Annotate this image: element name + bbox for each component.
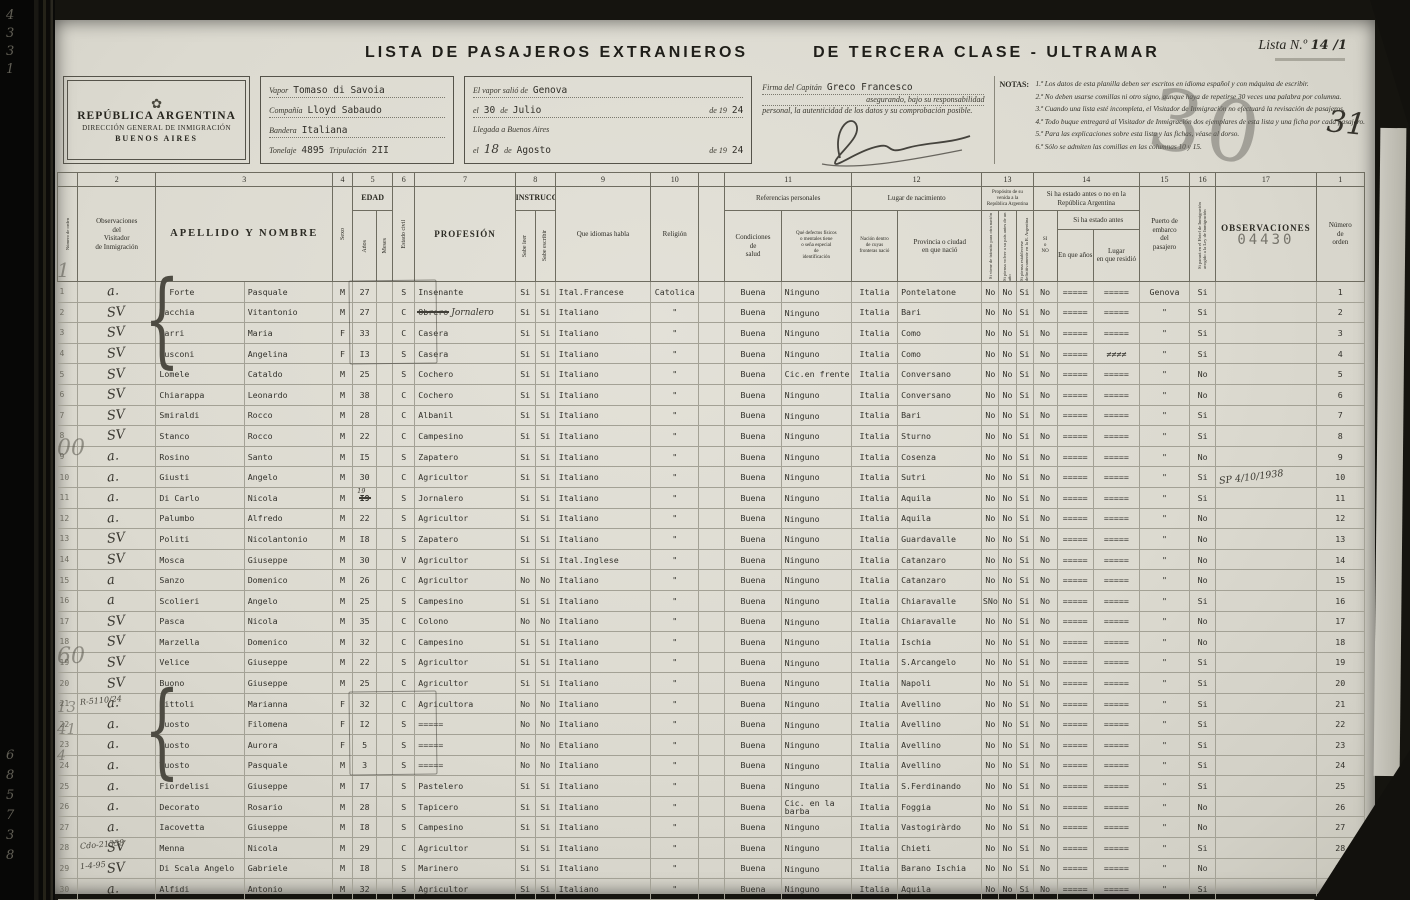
cell-numero-orden: 5: [1316, 364, 1364, 385]
cell-puerto: ": [1139, 570, 1189, 591]
cell-estado-antes-sino: No: [1033, 652, 1057, 673]
cell-numero-orden: 16: [1316, 590, 1364, 611]
cell-lugar-residio: =====: [1093, 673, 1139, 694]
cell-blank: [699, 446, 725, 467]
cell-sexo: M: [333, 776, 353, 797]
cell-profesion: =====: [415, 714, 515, 735]
cell-estado-antes-sino: No: [1033, 817, 1057, 838]
cell-anos: 33: [353, 323, 377, 344]
cell-meses: [377, 467, 393, 488]
cell-nacion: Italia: [851, 508, 897, 529]
profesion-value: Pastelero: [418, 781, 463, 791]
cell-numero-orden: 11: [1316, 487, 1364, 508]
visitador-annotation: 1-4-95: [80, 860, 106, 871]
org-country: REPÚBLICA ARGENTINA: [77, 110, 236, 122]
cell-proposito-a: No: [982, 838, 999, 859]
org-city: BUENOS AIRES: [115, 134, 198, 143]
cell-proposito-b: No: [999, 776, 1016, 797]
cell-estado-civil: S: [393, 446, 415, 467]
header-anos: Años: [353, 211, 377, 282]
table-row: 16aScolieriAngeloM25SCampesinoSiSiItalia…: [58, 590, 1365, 611]
cell-sabe-escribir: Si: [535, 879, 555, 900]
cell-defectos: Ninguno: [781, 858, 851, 879]
cell-proposito-b: No: [999, 735, 1016, 756]
column-number: 8: [515, 173, 555, 187]
cell-nombre: Pasquale: [244, 282, 332, 303]
defectos-value: Cic. en la barba: [785, 798, 851, 816]
cell-nombre: Nicola: [244, 487, 332, 508]
cell-visitador: SV: [78, 611, 156, 632]
cell-proposito-b: No: [999, 529, 1016, 550]
cell-religion: ": [651, 529, 699, 550]
visitador-mark: SV: [106, 551, 126, 568]
margin-bleed-mark: 4: [57, 748, 66, 764]
cell-profesion: Insenante: [415, 282, 515, 303]
cell-estado-civil: C: [393, 323, 415, 344]
cell-estado-antes-sino: No: [1033, 282, 1057, 303]
cell-sabe-leer: Si: [515, 838, 535, 859]
cell-observaciones: [1216, 590, 1316, 611]
binding-edge-mark: 4: [6, 8, 14, 23]
cell-observaciones: [1216, 282, 1316, 303]
cell-profesion: =====: [415, 755, 515, 776]
cell-proposito-c: Si: [1016, 714, 1033, 735]
cell-lugar-residio: =====: [1093, 611, 1139, 632]
cell-proposito-b: No: [999, 302, 1016, 323]
cell-profesion: Albanil: [415, 405, 515, 426]
cell-anos: I8: [353, 529, 377, 550]
cell-lugar-residio: ≠≠≠≠: [1093, 343, 1139, 364]
visitador-mark: SV: [106, 531, 126, 548]
cell-proposito-c: Si: [1016, 838, 1033, 859]
cell-nacion: Italia: [851, 632, 897, 653]
cell-sabe-leer: Si: [515, 879, 535, 900]
cell-proposito-b: No: [999, 673, 1016, 694]
cell-hotel: Si: [1190, 735, 1216, 756]
cell-anos: I8: [353, 817, 377, 838]
defectos-value: Ninguno: [785, 699, 851, 709]
cell-apellido: Giusti: [156, 467, 244, 488]
table-row: 27a.IacovettaGiuseppeMI8SCampesinoSiSiIt…: [58, 817, 1365, 838]
column-number: [699, 173, 725, 187]
cell-blank: [699, 755, 725, 776]
cell-estado-antes-sino: No: [1033, 838, 1057, 859]
cell-proposito-b: No: [999, 384, 1016, 405]
cell-numero-orden: 15: [1316, 570, 1364, 591]
tonelaje-label: Tonelaje: [269, 146, 296, 155]
cell-sabe-escribir: Si: [535, 776, 555, 797]
cell-en-que-anos: =====: [1057, 652, 1093, 673]
cell-numero-orden: 18: [1316, 632, 1364, 653]
cell-lugar-residio: =====: [1093, 838, 1139, 859]
cell-hotel: No: [1190, 796, 1216, 817]
cell-lugar-residio: =====: [1093, 487, 1139, 508]
cell-provincia: Conversano: [898, 384, 982, 405]
cell-observaciones: [1216, 384, 1316, 405]
cell-visitador: SV: [78, 364, 156, 385]
cell-puerto: ": [1139, 693, 1189, 714]
cell-proposito-a: No: [982, 426, 999, 447]
cell-blank: [699, 529, 725, 550]
cell-meses: [377, 570, 393, 591]
table-row: 24a.TuostoPasqualeM3S=====NoNoItaliano"B…: [58, 755, 1365, 776]
cell-defectos: Ninguno: [781, 467, 851, 488]
cell-observaciones: [1216, 446, 1316, 467]
llegada-year: 24: [732, 145, 743, 156]
header-lugar-residio: Lugar en que residió: [1093, 229, 1139, 281]
cell-apellido: Di Scala Angelo: [156, 858, 244, 879]
cell-idiomas: Ital.Francese: [555, 282, 650, 303]
cell-nacion: Italia: [851, 364, 897, 385]
defectos-value: Ninguno: [785, 472, 851, 482]
cell-nacion: Italia: [851, 343, 897, 364]
cell-religion: ": [651, 405, 699, 426]
visitador-mark: SV: [106, 633, 126, 650]
cell-sexo: M: [333, 302, 353, 323]
form-code-smallprint: [1275, 58, 1345, 61]
cell-provincia: Avellino: [898, 693, 982, 714]
cell-observaciones: [1216, 343, 1316, 364]
cell-nombre: Rosario: [244, 796, 332, 817]
stamp-04430: 04430: [1216, 236, 1315, 245]
cell-visitador: SV: [78, 632, 156, 653]
cell-apellido: Marzella: [156, 632, 244, 653]
cell-religion: ": [651, 673, 699, 694]
cell-sexo: M: [333, 879, 353, 900]
cell-sabe-escribir: Si: [535, 467, 555, 488]
cell-apellido: Smiraldi: [156, 405, 244, 426]
cell-profesion: Campesino: [415, 632, 515, 653]
cell-anos: 22: [353, 652, 377, 673]
cell-hotel: No: [1190, 611, 1216, 632]
handwritten-31: 31: [1325, 104, 1367, 143]
table-row: 13SVPolitiNicolantonioMI8SZapateroSiSiIt…: [58, 529, 1365, 550]
cell-profesion: Agricultor: [415, 879, 515, 900]
cell-estado-antes-sino: No: [1033, 343, 1057, 364]
table-row: 15aSanzoDomenicoM26CAgricultorNoNoItalia…: [58, 570, 1365, 591]
cell-provincia: Avellino: [898, 735, 982, 756]
cell-puerto: ": [1139, 549, 1189, 570]
cell-proposito-b: No: [999, 446, 1016, 467]
cell-estado-civil: C: [393, 570, 415, 591]
cell-religion: ": [651, 693, 699, 714]
cell-meses: [377, 343, 393, 364]
cell-sabe-leer: Si: [515, 487, 535, 508]
cell-estado-antes-sino: No: [1033, 364, 1057, 385]
cell-religion: ": [651, 611, 699, 632]
cell-puerto: Genova: [1139, 282, 1189, 303]
cell-proposito-c: Si: [1016, 590, 1033, 611]
cell-estado-antes-sino: No: [1033, 632, 1057, 653]
cell-puerto: ": [1139, 487, 1189, 508]
cell-edge-number: 1: [58, 282, 78, 303]
cell-en-que-anos: =====: [1057, 838, 1093, 859]
cell-lugar-residio: =====: [1093, 755, 1139, 776]
defectos-value: Ninguno: [785, 308, 851, 318]
cell-sexo: M: [333, 384, 353, 405]
cell-edge-number: 27: [58, 817, 78, 838]
cell-proposito-c: Si: [1016, 693, 1033, 714]
anos-value: 35: [360, 616, 370, 626]
cell-apellido: Tuosto: [156, 735, 244, 756]
tripulacion-label: Tripulación: [329, 146, 366, 155]
cell-lugar-residio: =====: [1093, 590, 1139, 611]
defectos-value: Ninguno: [785, 390, 851, 400]
cell-proposito-c: Si: [1016, 632, 1033, 653]
cell-sabe-escribir: Si: [535, 796, 555, 817]
cell-blank: [699, 364, 725, 385]
table-row: 7SVSmiraldiRoccoM28CAlbanilSiSiItaliano"…: [58, 405, 1365, 426]
cell-apellido: Chiarappa: [156, 384, 244, 405]
cell-estado-civil: S: [393, 858, 415, 879]
cell-hotel: No: [1190, 632, 1216, 653]
column-number: 11: [725, 173, 851, 187]
paper-sheet: LISTA DE PASAJEROS EXTRANIEROS DE TERCER…: [55, 20, 1375, 894]
cell-nombre: Rocco: [244, 426, 332, 447]
cell-profesion: Colono: [415, 611, 515, 632]
anos-value: 30: [360, 472, 370, 482]
cell-puerto: ": [1139, 611, 1189, 632]
cell-idiomas: Italiano: [555, 364, 650, 385]
cell-salud: Buena: [725, 858, 781, 879]
cell-salud: Buena: [725, 755, 781, 776]
profesion-value: Agricultor: [418, 472, 468, 482]
cell-apellido: Fiordelisi: [156, 776, 244, 797]
cell-observaciones: [1216, 817, 1316, 838]
profesion-value: Campesino: [418, 822, 463, 832]
column-number: 7: [415, 173, 515, 187]
cell-sexo: M: [333, 838, 353, 859]
cell-visitador: a.: [78, 796, 156, 817]
cell-proposito-b: No: [999, 693, 1016, 714]
cell-salud: Buena: [725, 405, 781, 426]
compania-label: Compañía: [269, 106, 302, 115]
cell-lugar-residio: =====: [1093, 735, 1139, 756]
table-row: 22a.TuostoFilomenaFI2S=====NoNoItaliano"…: [58, 714, 1365, 735]
salida-port: Genova: [533, 85, 567, 96]
cell-visitador: SV: [78, 426, 156, 447]
cell-proposito-c: Si: [1016, 405, 1033, 426]
cell-estado-antes-sino: No: [1033, 570, 1057, 591]
cell-visitador: 1-4-95SV: [78, 858, 156, 879]
cell-nombre: Cataldo: [244, 364, 332, 385]
column-number: 1: [1316, 173, 1364, 187]
cell-religion: ": [651, 796, 699, 817]
cell-profesion: Jornalero: [415, 487, 515, 508]
cell-edge-number: 26: [58, 796, 78, 817]
cell-hotel: Si: [1190, 693, 1216, 714]
cell-sexo: F: [333, 714, 353, 735]
cell-en-que-anos: =====: [1057, 364, 1093, 385]
profesion-value: Insenante: [418, 287, 463, 297]
cell-visitador: a.: [78, 817, 156, 838]
cell-visitador: R-5110/24a.: [78, 693, 156, 714]
cell-blank: [699, 384, 725, 405]
cell-estado-civil: C: [393, 632, 415, 653]
column-number: 13: [982, 173, 1033, 187]
cell-nombre: Vitantonio: [244, 302, 332, 323]
cell-estado-antes-sino: No: [1033, 879, 1057, 900]
cell-provincia: Barano Ischia: [898, 858, 982, 879]
anos-value: I3: [360, 349, 370, 359]
cell-proposito-a: No: [982, 487, 999, 508]
profesion-value: Campesino: [418, 596, 463, 606]
profesion-value: Casera: [418, 328, 448, 338]
header-proposito: Propósito de su venida a la República Ar…: [982, 187, 1033, 211]
cell-sexo: M: [333, 426, 353, 447]
header-puerto: Puerto de embarco del pasajero: [1139, 187, 1189, 282]
header-defectos: Qué defectos físicos o mentales tiene o …: [781, 211, 851, 282]
cell-sexo: M: [333, 755, 353, 776]
defectos-value: Ninguno: [785, 658, 851, 668]
cell-proposito-b: No: [999, 282, 1016, 303]
cell-defectos: Ninguno: [781, 693, 851, 714]
coat-of-arms-icon: ✿: [151, 98, 162, 110]
cell-meses: [377, 755, 393, 776]
cell-estado-antes-sino: No: [1033, 776, 1057, 797]
cell-profesion: Agricultora: [415, 693, 515, 714]
anos-value: I8: [360, 863, 370, 873]
cell-profesion: Zapatero: [415, 446, 515, 467]
cell-idiomas: Italiano: [555, 467, 650, 488]
cell-proposito-a: No: [982, 343, 999, 364]
cell-blank: [699, 652, 725, 673]
cell-numero-orden: 19: [1316, 652, 1364, 673]
table-row: 26a.DecoratoRosarioM28STapiceroSiSiItali…: [58, 796, 1365, 817]
cell-puerto: ": [1139, 714, 1189, 735]
cell-edge-number: 10: [58, 467, 78, 488]
book-binding: 4331685738: [0, 0, 55, 900]
cell-numero-orden: 24: [1316, 755, 1364, 776]
cell-proposito-c: Si: [1016, 611, 1033, 632]
profesion-value: Agricultor: [418, 657, 468, 667]
cell-proposito-a: No: [982, 632, 999, 653]
cell-profesion: Agricultor: [415, 570, 515, 591]
salida-label: El vapor salió de: [473, 86, 528, 95]
cell-nombre: Giuseppe: [244, 549, 332, 570]
header-proposito-b: Si piensa volver a su país antes de un a…: [999, 211, 1016, 282]
cell-blank: [699, 487, 725, 508]
cell-defectos: Ninguno: [781, 549, 851, 570]
cell-anos: I8: [353, 858, 377, 879]
cell-profesion: Cochero: [415, 384, 515, 405]
cell-estado-antes-sino: No: [1033, 693, 1057, 714]
cell-meses: [377, 364, 393, 385]
header-idiomas: Que idiomas habla: [555, 187, 650, 282]
cell-profesion: Casera: [415, 323, 515, 344]
cell-hotel: Si: [1190, 467, 1216, 488]
cell-idiomas: Italiano: [555, 529, 650, 550]
cell-proposito-b: No: [999, 323, 1016, 344]
cell-hotel: No: [1190, 858, 1216, 879]
cell-meses: [377, 796, 393, 817]
stamp-30: 30: [1141, 69, 1271, 185]
cell-nombre: Giuseppe: [244, 776, 332, 797]
table-row: 6SVChiarappaLeonardoM38CCocheroSiSiItali…: [58, 384, 1365, 405]
cell-anos: 26: [353, 570, 377, 591]
cell-nombre: Alfredo: [244, 508, 332, 529]
cell-meses: [377, 323, 393, 344]
cell-idiomas: Italiano: [555, 487, 650, 508]
captain-line1: asegurando, bajo su responsabilidad: [866, 95, 984, 104]
header-apellido-nombre: APELLIDO Y NOMBRE: [156, 187, 333, 282]
cell-sabe-leer: Si: [515, 796, 535, 817]
cell-sexo: M: [333, 282, 353, 303]
table-row: 21R-5110/24a.NittoliMariannaF32CAgricult…: [58, 693, 1365, 714]
cell-anos: 28: [353, 405, 377, 426]
title-bar: LISTA DE PASAJEROS EXTRANIEROS DE TERCER…: [55, 20, 1375, 70]
cell-proposito-b: No: [999, 879, 1016, 900]
cell-proposito-a: No: [982, 446, 999, 467]
cell-lugar-residio: =====: [1093, 302, 1139, 323]
cell-en-que-anos: =====: [1057, 755, 1093, 776]
cell-sexo: F: [333, 323, 353, 344]
cell-meses: [377, 817, 393, 838]
table-row: 23a.TuostoAuroraF5S=====NoNoEtaliano"Bue…: [58, 735, 1365, 756]
cell-hotel: Si: [1190, 282, 1216, 303]
cell-estado-antes-sino: No: [1033, 384, 1057, 405]
cell-salud: Buena: [725, 487, 781, 508]
cell-profesion: Zapatero: [415, 529, 515, 550]
cell-estado-antes-sino: No: [1033, 590, 1057, 611]
cell-nacion: Italia: [851, 549, 897, 570]
cell-sexo: M: [333, 632, 353, 653]
cell-sabe-leer: Si: [515, 858, 535, 879]
cell-apellido: Politi: [156, 529, 244, 550]
visitador-mark: SV: [106, 386, 126, 403]
anos-value: 26: [360, 575, 370, 585]
cell-numero-orden: 6: [1316, 384, 1364, 405]
cell-lugar-residio: =====: [1093, 652, 1139, 673]
cell-blank: [699, 282, 725, 303]
cell-hotel: No: [1190, 817, 1216, 838]
cell-numero-orden: 23: [1316, 735, 1364, 756]
cell-nombre: Nicola: [244, 611, 332, 632]
cell-puerto: ": [1139, 302, 1189, 323]
cell-defectos: Ninguno: [781, 755, 851, 776]
cell-nombre: Domenico: [244, 570, 332, 591]
cell-visitador: a: [78, 570, 156, 591]
cell-salud: Buena: [725, 796, 781, 817]
table-row: 2SVMacchiaVitantonioM27CObreroJornaleroS…: [58, 302, 1365, 323]
table-row: 19SVVeliceGiuseppeM22SAgricultorSiSiItal…: [58, 652, 1365, 673]
cell-sexo: M: [333, 570, 353, 591]
header-proposito-a: Si viene de tránsito para otra nación: [982, 211, 999, 282]
cell-idiomas: Italiano: [555, 384, 650, 405]
cell-meses: [377, 673, 393, 694]
cell-provincia: Bari: [898, 302, 982, 323]
cell-estado-antes-sino: No: [1033, 302, 1057, 323]
cell-salud: Buena: [725, 549, 781, 570]
defectos-value: Ninguno: [785, 534, 851, 544]
anos-value: 25: [360, 596, 370, 606]
cell-proposito-c: Si: [1016, 570, 1033, 591]
table-row: 12a.PalumboAlfredoM22SAgricultorSiSiItal…: [58, 508, 1365, 529]
cell-puerto: ": [1139, 467, 1189, 488]
profesion-value: Casera: [418, 349, 448, 359]
cell-meses: [377, 735, 393, 756]
cell-sexo: M: [333, 549, 353, 570]
cell-blank: [699, 508, 725, 529]
cell-proposito-b: No: [999, 590, 1016, 611]
cell-sabe-leer: No: [515, 611, 535, 632]
cell-provincia: Avellino: [898, 714, 982, 735]
cell-proposito-c: Si: [1016, 776, 1033, 797]
cell-meses: [377, 508, 393, 529]
cell-sabe-escribir: No: [535, 611, 555, 632]
cell-proposito-a: No: [982, 570, 999, 591]
next-page-edge: [1374, 128, 1407, 776]
